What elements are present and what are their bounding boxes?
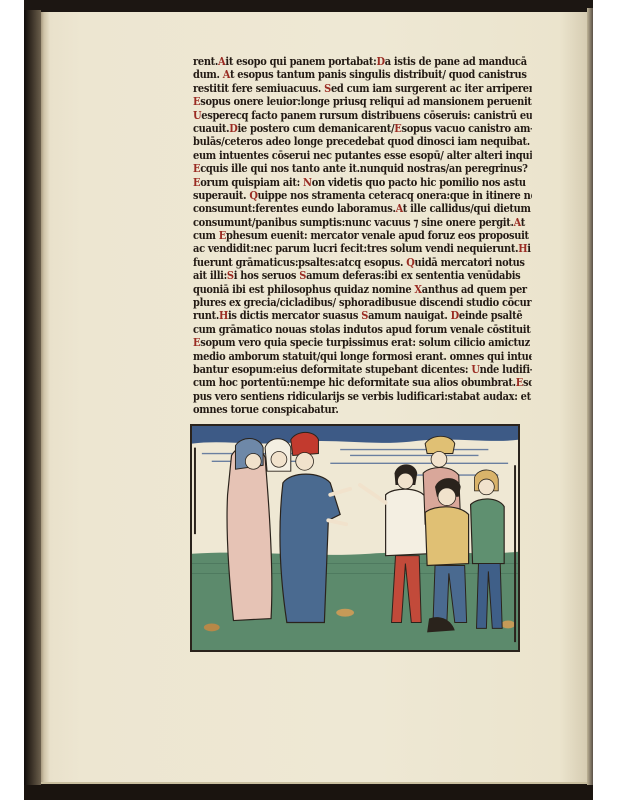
text-run: runt.	[193, 309, 219, 322]
text-run: is dictis mercator suasus	[228, 309, 361, 322]
text-line: restitit fere semiuacuus. Sed cum iam su…	[193, 82, 532, 95]
text-line: cum hoc portentū:nempe hic deformitate s…	[193, 376, 532, 389]
text-line: dum. At esopus tantum panis singulis dis…	[193, 68, 532, 81]
text-run: cum grāmatico nouas stolas indutos apud …	[193, 323, 530, 336]
rubricated-initial: S	[324, 82, 331, 95]
binding-gutter	[24, 10, 41, 788]
text-line: ait illi:Si hos seruos Samum deferas:ibi…	[193, 269, 532, 282]
text-run: medio amborum statuit/qui longe formosi …	[193, 350, 532, 363]
text-run: pus vero sentiens ridicularijs se verbis…	[193, 390, 531, 403]
text-run: uippe nos stramenta ceteracq onera:que i…	[258, 189, 532, 202]
text-run: phesum euenit: mercator venale apud foru…	[226, 229, 529, 242]
text-run: anthus ad quem per	[422, 283, 527, 296]
text-line: omnes torue conspicabatur.	[193, 403, 532, 416]
text-run: nde ludifi-	[480, 363, 532, 376]
text-run: on videtis quo pacto hic pomilio nos ast…	[312, 176, 526, 189]
text-line: bulās/ceteros adeo longe precedebat quod…	[193, 135, 532, 148]
text-run: cuauit.	[193, 122, 229, 135]
rubricated-initial: E	[516, 376, 523, 389]
rubricated-initial: D	[451, 309, 459, 322]
text-run: restitit fere semiuacuus.	[193, 82, 324, 95]
text-run: dum.	[193, 68, 223, 81]
text-line: Uesperecq facto panem rursum distribuens…	[193, 109, 532, 122]
rubricated-initial: A	[218, 55, 225, 68]
text-run: cquis ille qui nos tanto ante it.nunquid…	[200, 162, 527, 175]
rubricated-initial: X	[414, 283, 421, 296]
text-run: ait illi:	[193, 269, 227, 282]
text-line: consumunt/panibus sumptis:nunc vacuus ⁊ …	[193, 216, 532, 229]
rubricated-initial: U	[471, 363, 479, 376]
text-run: ac vendidit:nec parum lucri fecit:tres s…	[193, 242, 518, 255]
text-line: Esopum vero quia specie turpissimus erat…	[193, 336, 532, 349]
rubricated-initial: N	[303, 176, 312, 189]
text-run: quoniā ibi est philosophus quidaz nomine	[193, 283, 414, 296]
rubricated-initial: A	[223, 68, 230, 81]
text-run: bantur esopum:eius deformitate stupebant…	[193, 363, 471, 376]
scan-bottom-border	[24, 785, 593, 800]
text-line: quoniā ibi est philosophus quidaz nomine…	[193, 283, 532, 296]
text-line: cum grāmatico nouas stolas indutos apud …	[193, 323, 532, 336]
text-run: cum hoc portentū:nempe hic deformitate s…	[193, 376, 516, 389]
rubricated-initial: S	[299, 269, 306, 282]
text-run: ed cum iam surgerent ac iter arriperent/	[331, 82, 532, 95]
text-line: fuerunt grāmaticus:psaltes:atcq esopus. …	[193, 256, 532, 269]
woodcut-scene	[192, 426, 518, 650]
text-line: rent.Ait esopo qui panem portabat:Da ist…	[193, 55, 532, 68]
text-line: Eorum quispiam ait: Non videtis quo pact…	[193, 176, 532, 189]
text-run: t ille callidus/qui dietum	[403, 202, 531, 215]
text-block: rent.Ait esopo qui panem portabat:Da ist…	[193, 55, 531, 417]
woodcut-illustration	[190, 424, 520, 652]
page-edge	[587, 8, 593, 788]
rubricated-initial: Q	[406, 256, 414, 269]
rubricated-initial: D	[376, 55, 384, 68]
text-line: cuauit.Die postero cum demanicarent/Esop…	[193, 122, 532, 135]
text-run: uidā mercatori notus	[415, 256, 525, 269]
text-run: sopum vero quia specie turpissimus erat:…	[200, 336, 532, 349]
text-run: sopus vacuo canistro am-	[401, 122, 532, 135]
text-line: plures ex grecia/cicladibus/ sphoradibus…	[193, 296, 532, 309]
rubricated-initial: S	[361, 309, 368, 322]
text-line: cum Ephesum euenit: mercator venale apud…	[193, 229, 532, 242]
text-line: superauit. Quippe nos stramenta ceteracq…	[193, 189, 532, 202]
text-line: medio amborum statuit/qui longe formosi …	[193, 350, 532, 363]
text-line: consumunt:ferentes eundo laboramus.At il…	[193, 202, 532, 215]
text-line: Esopus onere leuior:longe priusq reliqui…	[193, 95, 532, 108]
rubricated-initial: H	[518, 242, 527, 255]
text-run: eum intuentes cōserui nec putantes esse …	[193, 149, 532, 162]
rubricated-initial: E	[394, 122, 401, 135]
text-run: cum	[193, 229, 219, 242]
text-line: runt.His dictis mercator suasus Samum na…	[193, 309, 532, 322]
text-line: Ecquis ille qui nos tanto ante it.nunqui…	[193, 162, 532, 175]
rubricated-initial: H	[219, 309, 228, 322]
text-run: superauit.	[193, 189, 249, 202]
text-run: rent.	[193, 55, 218, 68]
text-run: i	[527, 242, 530, 255]
text-line: ac vendidit:nec parum lucri fecit:tres s…	[193, 242, 532, 255]
text-run: consumunt/panibus sumptis:nunc vacuus ⁊ …	[193, 216, 514, 229]
text-run: t	[521, 216, 525, 229]
text-run: sopus onere leuior:longe priusq reliqui …	[200, 95, 532, 108]
text-run: amum deferas:ibi ex sententia venūdabis	[306, 269, 520, 282]
text-run: bulās/ceteros adeo longe precedebat quod…	[193, 135, 530, 148]
text-run: t esopus tantum panis singulis distribui…	[230, 68, 527, 81]
text-run: amum nauigat.	[368, 309, 451, 322]
text-line: eum intuentes cōserui nec putantes esse …	[193, 149, 532, 162]
text-line: pus vero sentiens ridicularijs se verbis…	[193, 390, 532, 403]
text-run: ie postero cum demanicarent/	[237, 122, 394, 135]
text-run: consumunt:ferentes eundo laboramus.	[193, 202, 396, 215]
text-run: esperecq facto panem rursum distribuens …	[201, 109, 532, 122]
text-run: einde psaltē	[459, 309, 522, 322]
text-run: i hos seruos	[234, 269, 300, 282]
text-run: plures ex grecia/cicladibus/ sphoradibus…	[193, 296, 531, 309]
text-run: so-	[523, 376, 532, 389]
rubricated-initial: D	[229, 122, 237, 135]
text-run: omnes torue conspicabatur.	[193, 403, 338, 416]
text-run: it esopo qui panem portabat:	[225, 55, 376, 68]
text-run: fuerunt grāmaticus:psaltes:atcq esopus.	[193, 256, 406, 269]
text-run: a istis de pane ad manducā	[385, 55, 527, 68]
text-run: orum quispiam ait:	[200, 176, 303, 189]
text-line: bantur esopum:eius deformitate stupebant…	[193, 363, 532, 376]
